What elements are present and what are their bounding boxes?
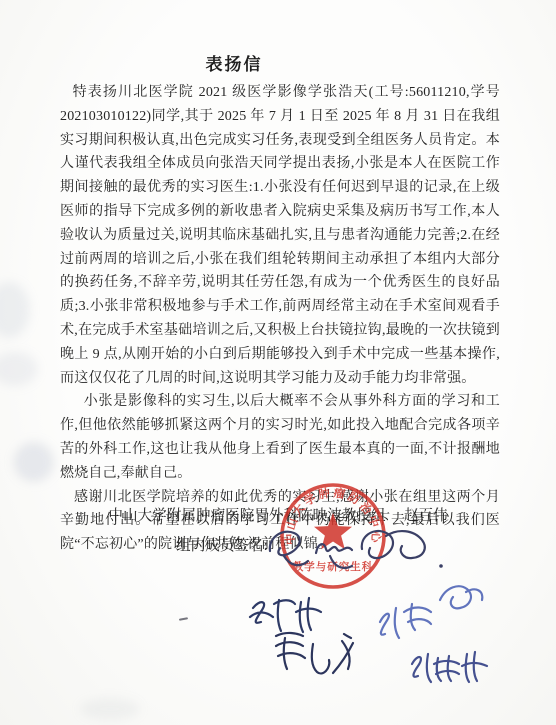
signature-label: 组内成员签名: — [176, 534, 268, 555]
seal-bottom-text: 教学与研究生科 — [292, 560, 374, 573]
signoff-line: 中山大学附属肿瘤医院胃外科陈映波教授组 赵百伟 — [5, 504, 551, 525]
scan-smudge — [14, 442, 54, 482]
letter-paragraph-1: 特表扬川北医学院 2021 级医学影像学张浩天(工号:56011210,学号 2… — [60, 81, 500, 390]
letter-paragraph-2: 小张是影像科的实习生,以后大概率不会从事外科方面的学习和工作,但他依然能够抓紧这… — [60, 390, 500, 485]
letter-title: 表扬信 — [0, 50, 468, 75]
signature-zhao-baiwei: 赵百伟 — [250, 598, 321, 632]
stray-pen-mark — [179, 617, 188, 621]
commendation-letter-page: 表扬信 特表扬川北医学院 2021 级医学影像学张浩天(工号:56011210,… — [0, 0, 556, 725]
scan-smudge — [0, 352, 38, 386]
signature-liu-qiwei: 刘其伟 — [412, 652, 487, 682]
signature-huang-ruiwen: 黄瑞文 — [276, 633, 353, 673]
scan-smudge — [0, 282, 30, 338]
letter-body: 特表扬川北医学院 2021 级医学影像学张浩天(工号:56011210,学号 2… — [60, 81, 500, 557]
signature-liu-zhicong: 刘志聪 — [380, 586, 482, 638]
scan-smudge — [80, 698, 140, 720]
